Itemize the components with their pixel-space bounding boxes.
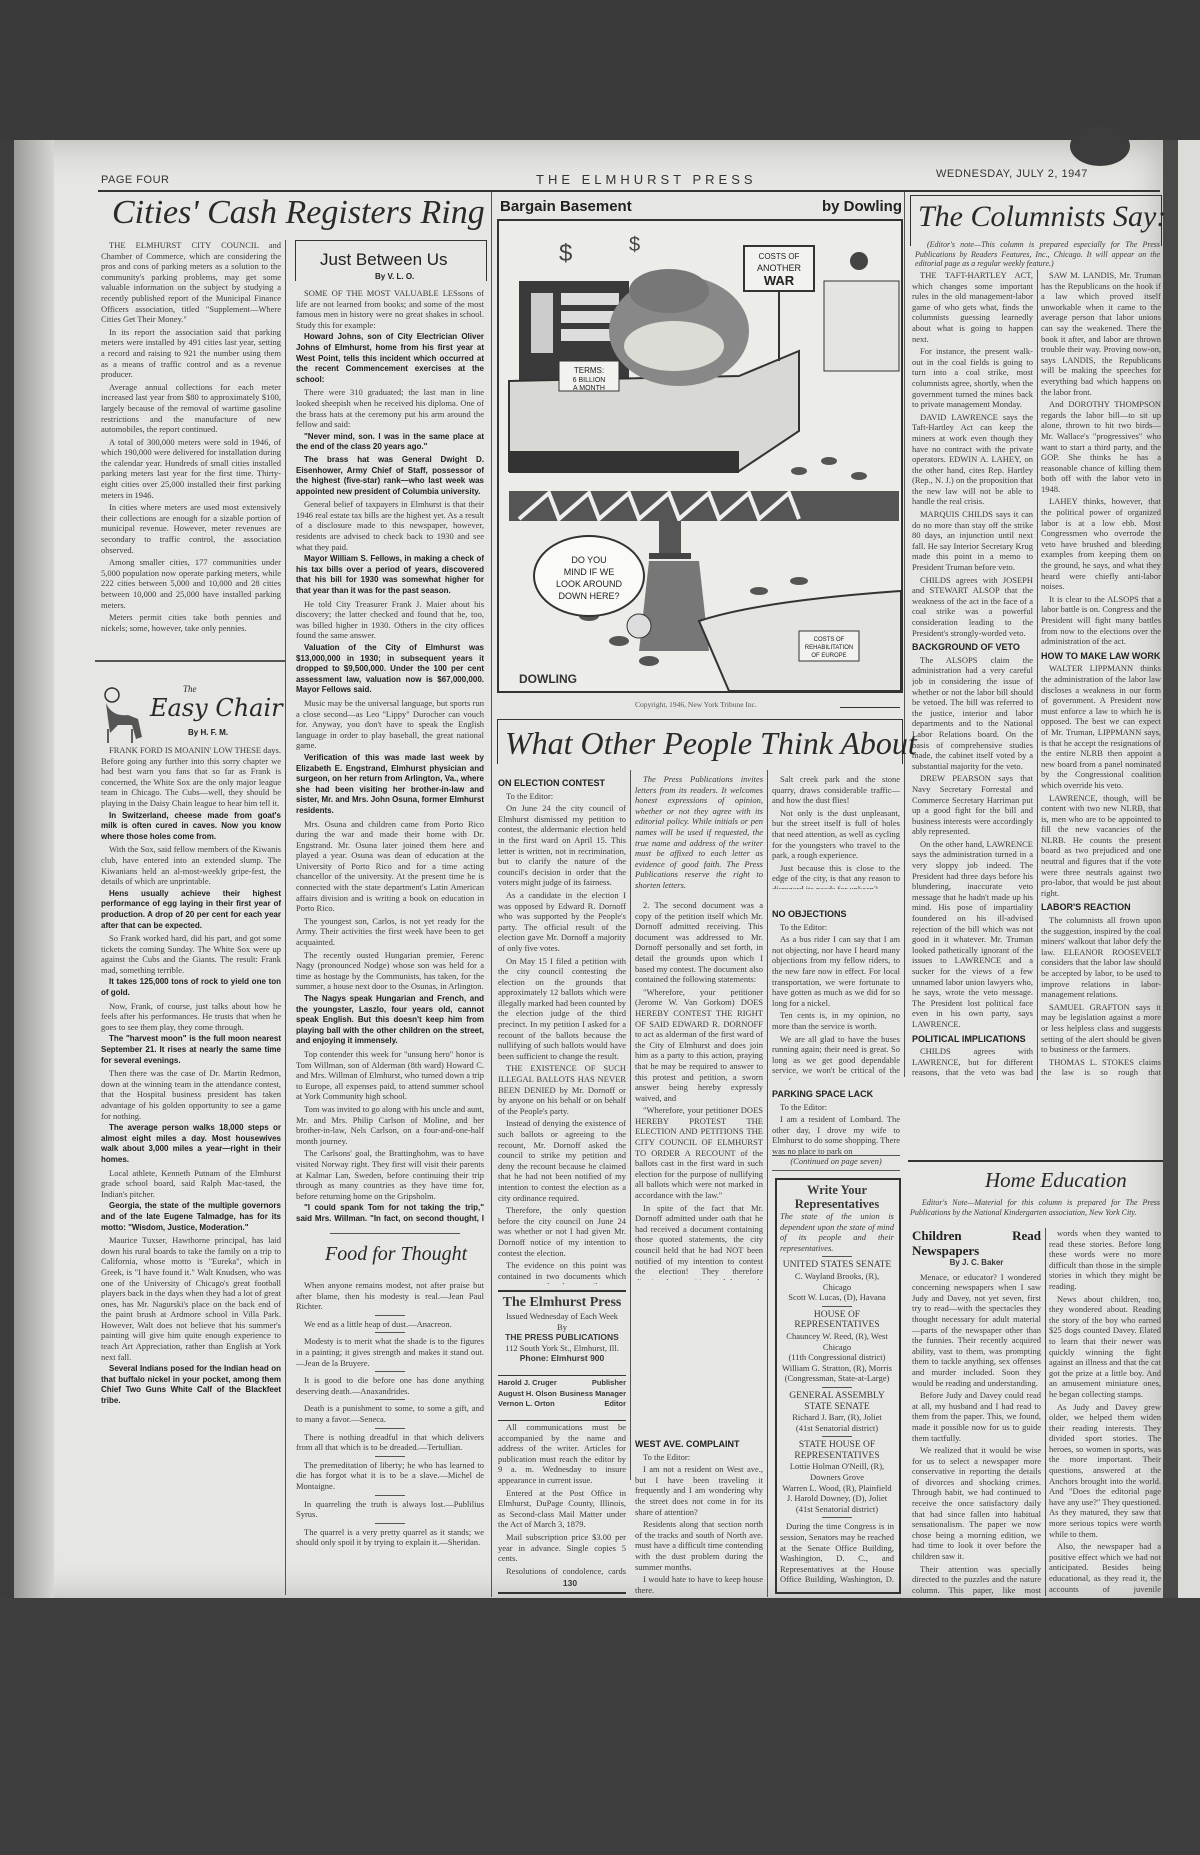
letter-paragraph: THE EXISTENCE OF SUCH ILLEGAL BALLOTS HA…: [498, 1063, 626, 1116]
column-paragraph: LAWRENCE, though, will be content with t…: [1041, 793, 1161, 899]
section-rule: [908, 1160, 1163, 1162]
column-paragraph: WALTER LIPPMANN thinks the administratio…: [1041, 663, 1161, 790]
letter-paragraph: On May 15 I filed a petition with the ci…: [498, 956, 626, 1062]
cartoon-copyright: Copyright, 1946, New York Tribune Inc.: [635, 700, 757, 709]
rep-district: (41st Senatorial district): [780, 1423, 894, 1434]
press-by: By: [498, 1322, 626, 1333]
column-paragraph: There were 310 graduated; the last man i…: [296, 387, 484, 429]
just-between-us-byline: By V. L. O.: [375, 272, 414, 281]
letter-paragraph: Salt creek park and the stone quarry, dr…: [772, 774, 900, 806]
scan-background-top: [0, 0, 1200, 140]
svg-text:MIND IF WE: MIND IF WE: [564, 567, 615, 577]
column-paragraph: As Judy and Davey grew older, we helped …: [1049, 1402, 1161, 1540]
union-label: 130: [540, 1578, 600, 1590]
svg-text:$: $: [559, 240, 572, 267]
rep-name: C. Wayland Brooks, (R), Chicago: [780, 1271, 894, 1292]
continued-notice: (Continued on page seven): [772, 1155, 900, 1171]
masthead: PAGE FOUR THE ELMHURST PRESS WEDNESDAY, …: [66, 168, 1166, 192]
letters-invitation: The Press Publications invites letters f…: [635, 774, 763, 894]
column-subheading: LABOR'S REACTION: [1041, 902, 1161, 913]
svg-text:ANOTHER: ANOTHER: [757, 263, 802, 273]
column-paragraph: Menace, or educator? I wondered concerni…: [912, 1272, 1041, 1389]
section-rule: [330, 1233, 460, 1234]
columnists-title-text: The Columnists Say:: [918, 200, 1166, 233]
column-paragraph: Music may be the universal language, but…: [296, 698, 484, 751]
column-paragraph: Verification of this was made last week …: [296, 753, 484, 817]
binding-edge: [14, 140, 54, 1602]
section-rule: [95, 660, 285, 662]
column-paragraph: SAW M. LANDIS, Mr. Truman has the Republ…: [1041, 270, 1161, 397]
letter-paragraph: Ten cents is, in my opinion, no more tha…: [772, 1010, 900, 1031]
staff-name: Vernon L. Orton: [498, 1399, 555, 1410]
article-paragraph: Among smaller cities, 177 communities un…: [101, 557, 281, 610]
article-paragraph: Meters permit cities take both pennies a…: [101, 612, 281, 633]
cartoon-section-title: Bargain Basement: [500, 198, 632, 215]
reps-title-2: Representatives: [780, 1197, 894, 1211]
just-between-us-column: SOME OF THE MOST VALUABLE LESsons of lif…: [296, 288, 484, 1223]
letter-paragraph: Just because this is close to the edge o…: [772, 863, 900, 889]
column-paragraph: Top contender this week for "unsung hero…: [296, 1049, 484, 1102]
home-education-note: Editor's Note—Material for this column i…: [910, 1198, 1160, 1228]
continued-link[interactable]: (Continued on page seven): [790, 1156, 881, 1166]
page-label: PAGE FOUR: [101, 174, 169, 186]
staff-row: August H. OlsonBusiness Manager: [498, 1389, 626, 1400]
letter-salutation: To the Editor:: [498, 791, 626, 802]
home-education-title: Home Education: [985, 1168, 1127, 1193]
columnists-column-2: SAW M. LANDIS, Mr. Truman has the Republ…: [1041, 270, 1161, 1080]
letter-paragraph: On June 24 the city council of Elmhurst …: [498, 803, 626, 888]
columnists-title: The Columnists Say:: [918, 200, 1166, 234]
paper-name: THE ELMHURST PRESS: [536, 172, 757, 187]
column-divider: [1045, 1228, 1046, 1596]
cartoon-byline: by Dowling: [822, 198, 902, 215]
column-subheading: POLITICAL IMPLICATIONS: [912, 1034, 1033, 1045]
svg-text:TERMS:: TERMS:: [574, 366, 604, 375]
letter-paragraph: In spite of the fact that Mr. Dornoff ad…: [635, 1203, 763, 1280]
column-paragraph: LAHEY thinks, however, that the politica…: [1041, 496, 1161, 591]
svg-text:COSTS OF: COSTS OF: [759, 252, 800, 261]
column-paragraph: The youngest son, Carlos, is not yet rea…: [296, 916, 484, 948]
article-paragraph: A total of 300,000 meters were sold in 1…: [101, 437, 281, 501]
columnists-column-1: THE TAFT-HARTLEY ACT, which changes some…: [912, 270, 1033, 1080]
rep-name: Scott W. Lucas, (D), Havana: [780, 1292, 894, 1303]
column-paragraph: DREW PEARSON says that Navy Secretary Fo…: [912, 773, 1033, 837]
quote: We end as a little heap of dust.—Anacreo…: [296, 1319, 484, 1330]
column-paragraph: So Frank worked hard, did his part, and …: [101, 933, 281, 975]
reps-title-1: Write Your: [780, 1183, 894, 1197]
rep-name: William G. Stratton, (R), Morris: [780, 1363, 894, 1374]
staff-role: Publisher: [592, 1378, 626, 1389]
letter-paragraph: As a bus rider I can say that I am not o…: [772, 934, 900, 1008]
letter-salutation: To the Editor:: [772, 1102, 900, 1113]
press-note: All communications must be accompanied b…: [498, 1422, 626, 1486]
column-paragraph: DAVID LAWRENCE says the Taft-Hartley Act…: [912, 412, 1033, 507]
staff-role: Business Manager: [560, 1389, 626, 1400]
column-paragraph: MARQUIS CHILDS says it can do no more th…: [912, 509, 1033, 573]
letter-paragraph: I am not a resident on West ave., but I …: [635, 1464, 763, 1517]
food-for-thought-quotes: When anyone remains modest, not after pr…: [296, 1280, 484, 1590]
filler-fact: Hens usually achieve their highest perfo…: [101, 889, 281, 931]
svg-text:DO YOU: DO YOU: [571, 555, 606, 565]
column-paragraph: THOMAS L. STOKES claims the law is so ro…: [1041, 1057, 1161, 1080]
column-paragraph: And DOROTHY THOMPSON regards the labor b…: [1041, 399, 1161, 494]
reps-group-heading: UNITED STATES SENATE: [780, 1260, 894, 1271]
columnists-editor-note: (Editor's note—This column is prepared e…: [915, 240, 1160, 270]
editorial-cartoon: TERMS: 6 BILLION A MONTH COSTS OF ANOTHE…: [497, 219, 903, 693]
column-paragraph: The Nagys speak Hungarian and French, an…: [296, 994, 484, 1047]
rep-name: Chauncey W. Reed, (R), West Chicago: [780, 1331, 894, 1352]
column-paragraph: Now, Frank, of course, just talks about …: [101, 1001, 281, 1033]
letter-paragraph: "Wherefore, your petitioner (Jerome W. V…: [635, 987, 763, 1104]
west-ave-letter: WEST AVE. COMPLAINT To the Editor: I am …: [635, 1435, 763, 1595]
svg-text:$: $: [629, 234, 640, 256]
column-paragraph: News about children, too, they wondered …: [1049, 1294, 1161, 1400]
reps-group-heading: STATE HOUSE OF REPRESENTATIVES: [780, 1440, 894, 1461]
invitation-text: The Press Publications invites letters f…: [635, 774, 763, 891]
filler-fact: The "harvest moon" is the full moon near…: [101, 1034, 281, 1066]
column-paragraph: It is clear to the ALSOPS that a labor b…: [1041, 594, 1161, 647]
rep-district: (41st Senatorial district): [780, 1504, 894, 1515]
filler-fact: The average person walks 18,000 steps or…: [101, 1123, 281, 1165]
column-paragraph: He told City Treasurer Frank J. Maier ab…: [296, 599, 484, 641]
svg-text:LOOK AROUND: LOOK AROUND: [556, 579, 623, 589]
letter-heading: PARKING SPACE LACK: [772, 1089, 900, 1100]
letter-paragraph: I am a resident of Lombard. The other da…: [772, 1114, 900, 1155]
letter-paragraph: "Wherefore, your petitioner DOES HEREBY …: [635, 1105, 763, 1200]
letter-salutation: To the Editor:: [635, 1452, 763, 1463]
easy-chair-the: The: [183, 684, 197, 694]
column-divider: [767, 770, 768, 1597]
rep-name: J. Harold Downey, (D), Joliet: [780, 1493, 894, 1504]
no-objections-letter: NO OBJECTIONS To the Editor: As a bus ri…: [772, 905, 900, 1080]
quote: Death is a punishment to some, to some a…: [296, 1403, 484, 1424]
letter-heading: WEST AVE. COMPLAINT: [635, 1439, 763, 1450]
staff-row: Vernon L. OrtonEditor: [498, 1399, 626, 1410]
column-paragraph: The ALSOPS claim the administration had …: [912, 655, 1033, 772]
column-paragraph: Before Judy and Davey could read at all,…: [912, 1390, 1041, 1443]
svg-text:6 BILLION: 6 BILLION: [573, 377, 606, 384]
column-paragraph: The brass hat was General Dwight D. Eise…: [296, 455, 484, 497]
reps-group-heading: HOUSE OF REPRESENTATIVES: [780, 1310, 894, 1331]
press-note: Mail subscription price $3.00 per year i…: [498, 1532, 626, 1564]
quote: It is good to die before one has done an…: [296, 1375, 484, 1396]
article-byline: By J. C. Baker: [912, 1258, 1041, 1269]
food-for-thought-title: Food for Thought: [325, 1243, 467, 1266]
quote: In quarreling the truth is always lost.—…: [296, 1499, 484, 1520]
column-paragraph: For instance, the present walk-out in th…: [912, 346, 1033, 410]
quote: There is nothing dreadful in that which …: [296, 1432, 484, 1453]
column-paragraph: General belief of taxpayers in Elmhurst …: [296, 499, 484, 552]
staff-name: August H. Olson: [498, 1389, 557, 1400]
cities-cash-article: THE ELMHURST CITY COUNCIL and Chamber of…: [101, 240, 281, 652]
column-divider: [491, 192, 492, 1597]
column-paragraph: The columnists all frown upon the sugges…: [1041, 915, 1161, 1000]
quote: When anyone remains modest, not after pr…: [296, 1280, 484, 1312]
press-note: Resolutions of condolence, cards of than…: [498, 1566, 626, 1575]
editor-note-text: Editor's Note—Material for this column i…: [910, 1198, 1160, 1217]
letter-paragraph: Not only is the dust unpleasant, but the…: [772, 808, 900, 861]
easy-chair-byline: By H. F. M.: [188, 728, 228, 737]
parking-letter: PARKING SPACE LACK To the Editor: I am a…: [772, 1085, 900, 1155]
svg-text:DOWLING: DOWLING: [519, 672, 577, 686]
letter-salutation: To the Editor:: [772, 922, 900, 933]
scan-background-bottom: [0, 1598, 1200, 1855]
column-paragraph: Mrs. Osuna and children came from Porto …: [296, 819, 484, 914]
ink-blot: [1070, 126, 1130, 166]
article-paragraph: In cities where meters are used most ext…: [101, 502, 281, 555]
editor-note-text: (Editor's note—This column is prepared e…: [915, 240, 1160, 269]
quote: The premeditation of liberty; he who has…: [296, 1460, 484, 1492]
column-paragraph: The Carlsons' goal, the Brattinghohm, wa…: [296, 1148, 484, 1201]
home-education-column-1: Children Read Newspapers By J. C. Baker …: [912, 1228, 1041, 1596]
column-paragraph: Mayor William S. Fellows, in making a ch…: [296, 554, 484, 596]
column-divider: [904, 192, 905, 1077]
svg-text:REHABILITATION: REHABILITATION: [805, 645, 853, 651]
caption-rule: [840, 707, 900, 708]
column-paragraph: "I could spank Tom for not taking the tr…: [296, 1203, 484, 1223]
svg-text:COSTS OF: COSTS OF: [814, 637, 845, 643]
reps-footer: During the time Congress is in session, …: [780, 1521, 894, 1585]
article-paragraph: Average annual collections for each mete…: [101, 382, 281, 435]
staff-role: Editor: [604, 1399, 626, 1410]
easy-chair-illustration-icon: [98, 685, 148, 745]
column-paragraph: THE TAFT-HARTLEY ACT, which changes some…: [912, 270, 1033, 344]
press-issued: Issued Wednesday of Each Week: [498, 1311, 626, 1322]
press-note: Entered at the Post Office in Elmhurst, …: [498, 1488, 626, 1530]
letters-title: What Other People Think About: [505, 725, 917, 762]
rep-name: Richard J. Barr, (R), Joliet: [780, 1412, 894, 1423]
rep-name: Lottie Holman O'Neill, (R), Downers Grov…: [780, 1461, 894, 1482]
column-paragraph: Local athlete, Kenneth Putnam of the Elm…: [101, 1168, 281, 1200]
column-divider: [285, 240, 286, 1595]
column-paragraph: Their attention was specially directed t…: [912, 1564, 1041, 1596]
column-paragraph: On the other hand, LAWRENCE says the adm…: [912, 839, 1033, 1030]
svg-text:WAR: WAR: [764, 273, 795, 288]
svg-text:OF EUROPE: OF EUROPE: [811, 653, 846, 659]
reps-group-heading: GENERAL ASSEMBLY STATE SENATE: [780, 1391, 894, 1412]
column-paragraph: "Never mind, son. I was in the same plac…: [296, 432, 484, 453]
representatives-content: Write Your Representatives The state of …: [780, 1183, 894, 1585]
letter-paragraph: 2. The second document was a copy of the…: [635, 900, 763, 985]
rep-district: (Congressman, State-at-Large): [780, 1373, 894, 1384]
article-paragraph: THE ELMHURST CITY COUNCIL and Chamber of…: [101, 240, 281, 325]
home-education-column-2: words when they wanted to read these sto…: [1049, 1228, 1161, 1596]
press-staff-list: Harold J. CrugerPublisher August H. Olso…: [498, 1375, 626, 1421]
salt-creek-letter: Salt creek park and the stone quarry, dr…: [772, 774, 900, 889]
svg-text:A MONTH: A MONTH: [573, 385, 605, 392]
press-notices: All communications must be accompanied b…: [498, 1420, 626, 1575]
masthead-rule: [98, 190, 1160, 192]
column-paragraph: Valuation of the City of Elmhurst was $1…: [296, 643, 484, 696]
reps-intro: The state of the union is dependent upon…: [780, 1211, 894, 1253]
easy-chair-title: Easy Chair: [150, 694, 283, 722]
press-title: The Elmhurst Press: [498, 1295, 626, 1311]
letter-heading: NO OBJECTIONS: [772, 909, 900, 920]
column-paragraph: Maurice Tuxser, Hawthorne principal, has…: [101, 1235, 281, 1362]
column-paragraph: Howard Johns, son of City Electrician Ol…: [296, 332, 484, 385]
letter-paragraph: As a candidate in the election I was opp…: [498, 890, 626, 954]
article-paragraph: In its report the association said that …: [101, 327, 281, 380]
rep-name: Warren L. Wood, (R), Plainfield: [780, 1483, 894, 1494]
staff-name: Harold J. Cruger: [498, 1378, 557, 1389]
press-masthead: The Elmhurst Press Issued Wednesday of E…: [498, 1295, 626, 1365]
cities-cash-headline: Cities' Cash Registers Ring: [112, 194, 485, 232]
column-paragraph: SOME OF THE MOST VALUABLE LESsons of lif…: [296, 288, 484, 330]
letter-paragraph: Therefore, the only question before the …: [498, 1205, 626, 1258]
letter-paragraph: Residents along that section north of th…: [635, 1519, 763, 1572]
column-paragraph: CHILDS agrees with JOSEPH and STEWART AL…: [912, 575, 1033, 639]
letter-paragraph: We are all glad to have the buses runnin…: [772, 1034, 900, 1080]
column-subheading: HOW TO MAKE LAW WORK: [1041, 651, 1161, 662]
issue-date: WEDNESDAY, JULY 2, 1947: [936, 168, 1088, 180]
filler-fact: It takes 125,000 tons of rock to yield o…: [101, 977, 281, 998]
filler-fact: Several Indians posed for the Indian hea…: [101, 1364, 281, 1406]
letter-heading: ON ELECTION CONTEST: [498, 778, 626, 789]
column-paragraph: Then there was the case of Dr. Martin Re…: [101, 1068, 281, 1121]
column-divider: [1037, 270, 1038, 1080]
column-paragraph: words when they wanted to read these sto…: [1049, 1228, 1161, 1292]
election-contest-letter: ON ELECTION CONTEST To the Editor: On Ju…: [498, 774, 626, 1284]
column-paragraph: With the Sox, said fellow members of the…: [101, 844, 281, 886]
column-paragraph: We realized that it would be wise for us…: [912, 1445, 1041, 1562]
column-paragraph: The recently ousted Hungarian premier, F…: [296, 950, 484, 992]
quote: The quarrel is a very pretty quarrel as …: [296, 1527, 484, 1548]
letter-paragraph: The evidence on this point was contained…: [498, 1260, 626, 1284]
rep-district: (11th Congressional district): [780, 1352, 894, 1363]
letter-paragraph: Instead of denying the existence of such…: [498, 1118, 626, 1203]
easy-chair-column: FRANK FORD IS MOANIN' LOW THESE days. Be…: [101, 745, 281, 1590]
column-paragraph: Tom was invited to go along with his unc…: [296, 1104, 484, 1146]
union-label-number: 130: [563, 1578, 577, 1588]
column-paragraph: Also, the newspaper had a positive effec…: [1049, 1541, 1161, 1596]
article-title: Children Read Newspapers: [912, 1228, 1041, 1258]
svg-text:DOWN HERE?: DOWN HERE?: [558, 591, 619, 601]
press-publisher: THE PRESS PUBLICATIONS: [498, 1332, 626, 1343]
press-address: 112 South York St., Elmhurst, Ill.: [498, 1343, 626, 1354]
column-paragraph: CHILDS agrees with LAWRENCE, but for dif…: [912, 1046, 1033, 1080]
cartoon-drawing-icon: TERMS: 6 BILLION A MONTH COSTS OF ANOTHE…: [499, 221, 901, 691]
column-divider: [630, 770, 631, 1480]
just-between-us-title: Just Between Us: [320, 250, 448, 270]
column-subheading: BACKGROUND OF VETO: [912, 642, 1033, 653]
staff-row: Harold J. CrugerPublisher: [498, 1378, 626, 1389]
column-paragraph: FRANK FORD IS MOANIN' LOW THESE days. Be…: [101, 745, 281, 809]
quote: Modesty is to merit what the shade is to…: [296, 1336, 484, 1368]
column-paragraph: SAMUEL GRAFTON says it may be legislatio…: [1041, 1002, 1161, 1055]
press-phone: Phone: Elmhurst 900: [498, 1353, 626, 1364]
adjacent-page-edge: [1178, 140, 1200, 1600]
letter-paragraph: I would hate to have to keep house there…: [635, 1574, 763, 1595]
filler-fact: In Switzerland, cheese made from goat's …: [101, 811, 281, 843]
filler-fact: Georgia, the state of the multiple gover…: [101, 1201, 281, 1233]
election-contest-letter-continued: 2. The second document was a copy of the…: [635, 900, 763, 1280]
